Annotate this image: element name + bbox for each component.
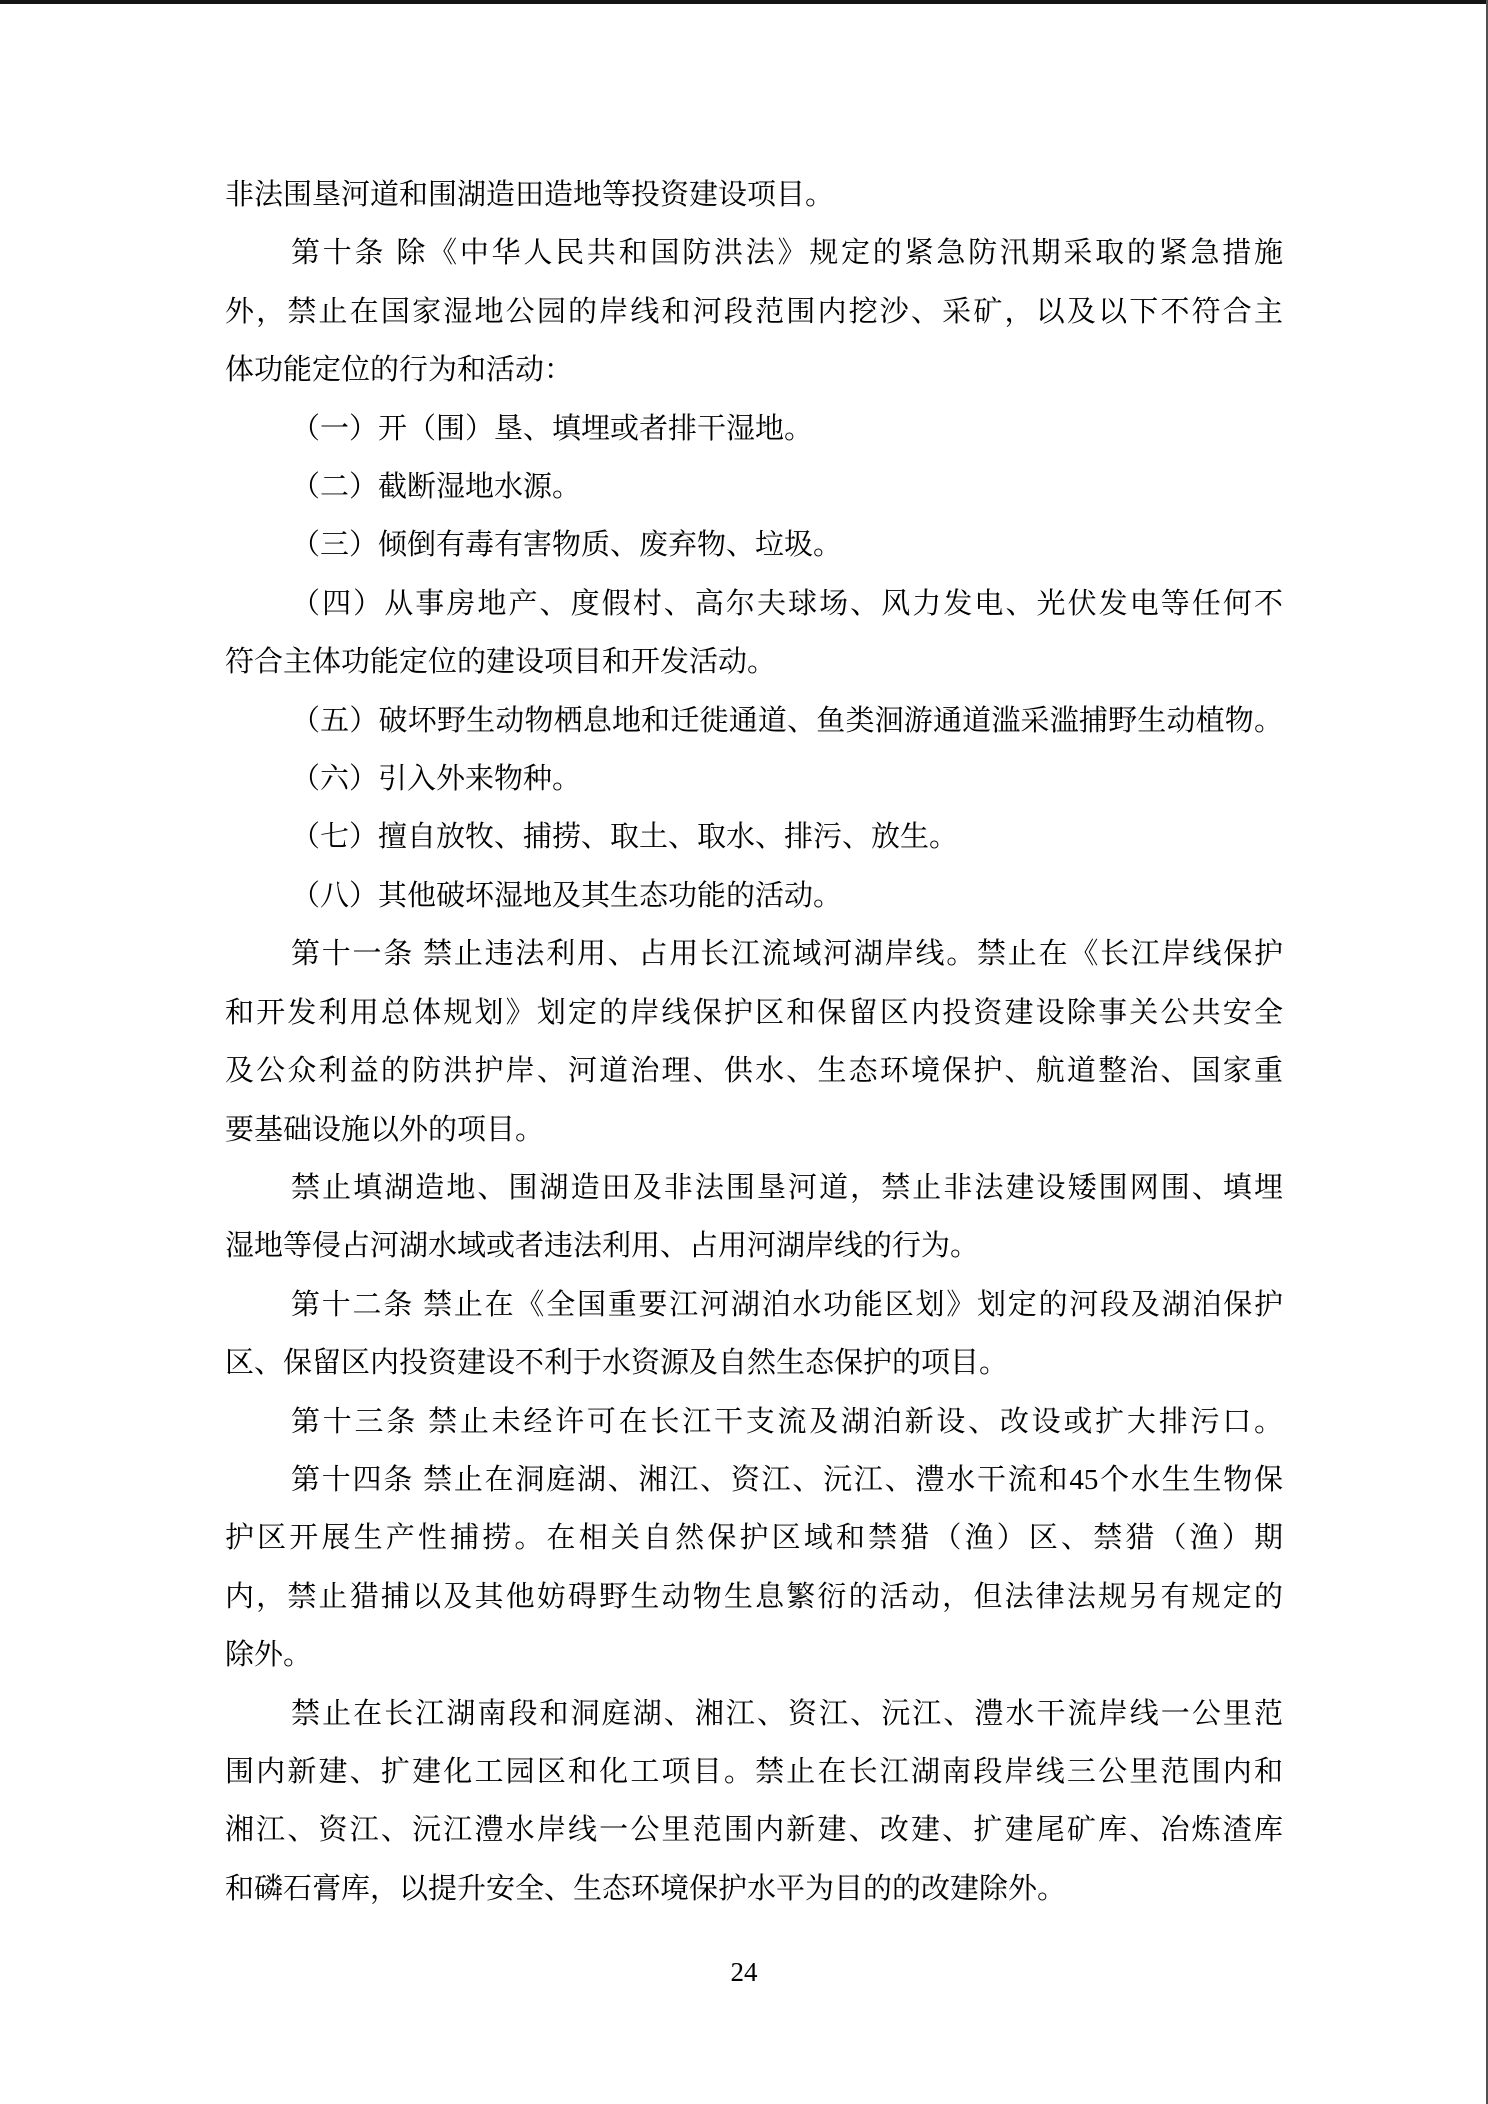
text-line: 除外。 [225, 1626, 1283, 1684]
top-border [0, 0, 1488, 4]
text-line: 第十二条 禁止在《全国重要江河湖泊水功能区划》划定的河段及湖泊保护 [225, 1276, 1283, 1334]
text-line: 围内新建、扩建化工园区和化工项目。禁止在长江湖南段岸线三公里范围内和 [225, 1743, 1283, 1801]
text-line: （二）截断湿地水源。 [225, 458, 1283, 516]
text-line: （七）擅自放牧、捕捞、取土、取水、排污、放生。 [225, 808, 1283, 866]
text-line: 内，禁止猎捕以及其他妨碍野生动物生息繁衍的活动，但法律法规另有规定的 [225, 1568, 1283, 1626]
text-line: （八）其他破坏湿地及其生态功能的活动。 [225, 867, 1283, 925]
text-line: 体功能定位的行为和活动： [225, 341, 1283, 399]
text-line: （五）破坏野生动物栖息地和迁徙通道、鱼类洄游通道滥采滥捕野生动植物。 [225, 692, 1283, 750]
document-body: 非法围垦河道和围湖造田造地等投资建设项目。第十条 除《中华人民共和国防洪法》规定… [225, 166, 1283, 1918]
text-line: 禁止填湖造地、围湖造田及非法围垦河道，禁止非法建设矮围网围、填埋 [225, 1159, 1283, 1217]
text-line: 和开发利用总体规划》划定的岸线保护区和保留区内投资建设除事关公共安全 [225, 984, 1283, 1042]
text-line: （三）倾倒有毒有害物质、废弃物、垃圾。 [225, 516, 1283, 574]
text-line: 第十四条 禁止在洞庭湖、湘江、资江、沅江、澧水干流和45个水生生物保 [225, 1451, 1283, 1509]
text-line: 及公众利益的防洪护岸、河道治理、供水、生态环境保护、航道整治、国家重 [225, 1042, 1283, 1100]
text-line: 第十条 除《中华人民共和国防洪法》规定的紧急防汛期采取的紧急措施 [225, 224, 1283, 282]
text-line: （六）引入外来物种。 [225, 750, 1283, 808]
text-line: 护区开展生产性捕捞。在相关自然保护区域和禁猎（渔）区、禁猎（渔）期 [225, 1509, 1283, 1567]
text-line: （四）从事房地产、度假村、高尔夫球场、风力发电、光伏发电等任何不 [225, 575, 1283, 633]
text-line: 非法围垦河道和围湖造田造地等投资建设项目。 [225, 166, 1283, 224]
text-line: 和磷石膏库，以提升安全、生态环境保护水平为目的的改建除外。 [225, 1860, 1283, 1918]
text-line: 外，禁止在国家湿地公园的岸线和河段范围内挖沙、采矿，以及以下不符合主 [225, 283, 1283, 341]
page-number: 24 [0, 1955, 1488, 1989]
text-line: 湿地等侵占河湖水域或者违法利用、占用河湖岸线的行为。 [225, 1217, 1283, 1275]
text-line: 禁止在长江湖南段和洞庭湖、湘江、资江、沅江、澧水干流岸线一公里范 [225, 1685, 1283, 1743]
text-line: 要基础设施以外的项目。 [225, 1101, 1283, 1159]
text-line: （一）开（围）垦、填埋或者排干湿地。 [225, 400, 1283, 458]
text-line: 第十三条 禁止未经许可在长江干支流及湖泊新设、改设或扩大排污口。 [225, 1393, 1283, 1451]
text-line: 符合主体功能定位的建设项目和开发活动。 [225, 633, 1283, 691]
document-page: 非法围垦河道和围湖造田造地等投资建设项目。第十条 除《中华人民共和国防洪法》规定… [0, 0, 1488, 2104]
text-line: 区、保留区内投资建设不利于水资源及自然生态保护的项目。 [225, 1334, 1283, 1392]
text-line: 第十一条 禁止违法利用、占用长江流域河湖岸线。禁止在《长江岸线保护 [225, 925, 1283, 983]
text-line: 湘江、资江、沅江澧水岸线一公里范围内新建、改建、扩建尾矿库、冶炼渣库 [225, 1801, 1283, 1859]
